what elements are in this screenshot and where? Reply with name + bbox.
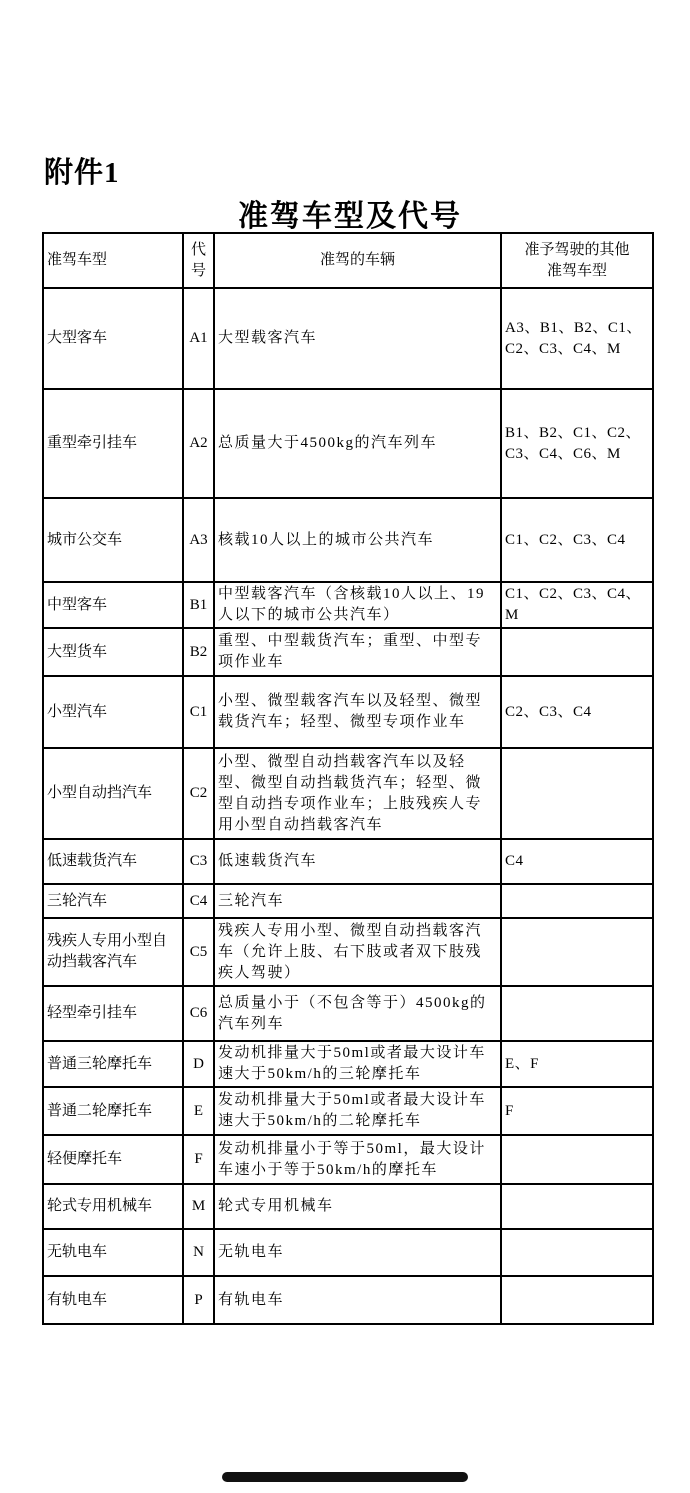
- cell-vehicle-type: 轻便摩托车: [43, 1135, 183, 1184]
- cell-vehicles: 重型、中型载货汽车；重型、中型专项作业车: [214, 628, 501, 676]
- attachment-label: 附件1: [44, 150, 120, 191]
- cell-code: B2: [183, 628, 214, 676]
- cell-vehicle-type: 残疾人专用小型自动挡载客汽车: [43, 918, 183, 986]
- cell-vehicle-type: 小型汽车: [43, 676, 183, 748]
- cell-other-types: [501, 918, 653, 986]
- cell-other-types: [501, 1184, 653, 1229]
- cell-other-types: [501, 1135, 653, 1184]
- cell-other-types: A3、B1、B2、C1、C2、C3、C4、M: [501, 288, 653, 389]
- table-row: 大型客车A1大型载客汽车A3、B1、B2、C1、C2、C3、C4、M: [43, 288, 653, 389]
- cell-vehicles: 无轨电车: [214, 1229, 501, 1276]
- vehicle-types-table: 准驾车型 代号 准驾的车辆 准予驾驶的其他准驾车型 大型客车A1大型载客汽车A3…: [42, 232, 654, 1325]
- cell-vehicles: 低速载货汽车: [214, 839, 501, 884]
- cell-vehicle-type: 普通三轮摩托车: [43, 1041, 183, 1087]
- cell-vehicle-type: 普通二轮摩托车: [43, 1087, 183, 1135]
- cell-other-types: F: [501, 1087, 653, 1135]
- table-row: 城市公交车A3核载10人以上的城市公共汽车C1、C2、C3、C4: [43, 498, 653, 582]
- table-row: 残疾人专用小型自动挡载客汽车C5残疾人专用小型、微型自动挡载客汽车（允许上肢、右…: [43, 918, 653, 986]
- cell-vehicles: 残疾人专用小型、微型自动挡载客汽车（允许上肢、右下肢或者双下肢残疾人驾驶）: [214, 918, 501, 986]
- cell-vehicles: 总质量大于4500kg的汽车列车: [214, 389, 501, 498]
- cell-code: A3: [183, 498, 214, 582]
- cell-other-types: [501, 986, 653, 1041]
- cell-code: C4: [183, 884, 214, 918]
- header-vehicles: 准驾的车辆: [214, 233, 501, 288]
- cell-code: P: [183, 1276, 214, 1324]
- cell-vehicle-type: 有轨电车: [43, 1276, 183, 1324]
- home-indicator[interactable]: [222, 1472, 468, 1482]
- table-row: 普通三轮摩托车D发动机排量大于50ml或者最大设计车速大于50km/h的三轮摩托…: [43, 1041, 653, 1087]
- cell-code: C2: [183, 748, 214, 839]
- cell-vehicle-type: 低速载货汽车: [43, 839, 183, 884]
- table-row: 低速载货汽车C3低速载货汽车C4: [43, 839, 653, 884]
- cell-vehicles: 总质量小于（不包含等于）4500kg的汽车列车: [214, 986, 501, 1041]
- cell-vehicles: 大型载客汽车: [214, 288, 501, 389]
- cell-vehicle-type: 三轮汽车: [43, 884, 183, 918]
- header-code: 代号: [183, 233, 214, 288]
- cell-code: M: [183, 1184, 214, 1229]
- cell-code: N: [183, 1229, 214, 1276]
- cell-vehicles: 发动机排量小于等于50ml，最大设计车速小于等于50km/h的摩托车: [214, 1135, 501, 1184]
- cell-code: E: [183, 1087, 214, 1135]
- table-row: 大型货车B2重型、中型载货汽车；重型、中型专项作业车: [43, 628, 653, 676]
- cell-other-types: [501, 628, 653, 676]
- cell-other-types: C1、C2、C3、C4: [501, 498, 653, 582]
- cell-code: B1: [183, 582, 214, 628]
- cell-other-types: [501, 1229, 653, 1276]
- table-row: 重型牵引挂车A2总质量大于4500kg的汽车列车B1、B2、C1、C2、C3、C…: [43, 389, 653, 498]
- cell-other-types: C4: [501, 839, 653, 884]
- cell-code: D: [183, 1041, 214, 1087]
- cell-vehicles: 发动机排量大于50ml或者最大设计车速大于50km/h的二轮摩托车: [214, 1087, 501, 1135]
- cell-vehicle-type: 重型牵引挂车: [43, 389, 183, 498]
- cell-other-types: [501, 748, 653, 839]
- cell-other-types: C2、C3、C4: [501, 676, 653, 748]
- cell-vehicles: 中型载客汽车（含核载10人以上、19人以下的城市公共汽车）: [214, 582, 501, 628]
- cell-code: A2: [183, 389, 214, 498]
- cell-code: A1: [183, 288, 214, 389]
- cell-other-types: C1、C2、C3、C4、M: [501, 582, 653, 628]
- cell-code: C3: [183, 839, 214, 884]
- cell-code: C6: [183, 986, 214, 1041]
- cell-vehicles: 小型、微型自动挡载客汽车以及轻型、微型自动挡载货汽车；轻型、微型自动挡专项作业车…: [214, 748, 501, 839]
- table-header-row: 准驾车型 代号 准驾的车辆 准予驾驶的其他准驾车型: [43, 233, 653, 288]
- cell-vehicles: 小型、微型载客汽车以及轻型、微型载货汽车；轻型、微型专项作业车: [214, 676, 501, 748]
- cell-vehicles: 三轮汽车: [214, 884, 501, 918]
- cell-vehicles: 轮式专用机械车: [214, 1184, 501, 1229]
- cell-vehicles: 有轨电车: [214, 1276, 501, 1324]
- table-row: 轮式专用机械车M轮式专用机械车: [43, 1184, 653, 1229]
- cell-other-types: E、F: [501, 1041, 653, 1087]
- cell-vehicles: 核载10人以上的城市公共汽车: [214, 498, 501, 582]
- cell-other-types: [501, 884, 653, 918]
- cell-vehicle-type: 轮式专用机械车: [43, 1184, 183, 1229]
- table-row: 中型客车B1中型载客汽车（含核载10人以上、19人以下的城市公共汽车）C1、C2…: [43, 582, 653, 628]
- cell-code: F: [183, 1135, 214, 1184]
- cell-vehicle-type: 城市公交车: [43, 498, 183, 582]
- table-row: 小型汽车C1小型、微型载客汽车以及轻型、微型载货汽车；轻型、微型专项作业车C2、…: [43, 676, 653, 748]
- cell-other-types: [501, 1276, 653, 1324]
- header-vehicle-type: 准驾车型: [43, 233, 183, 288]
- document-screenshot: 附件1 准驾车型及代号 准驾车型 代号 准驾的车辆 准予驾驶的其他准驾车型 大型…: [0, 0, 690, 1493]
- cell-vehicle-type: 中型客车: [43, 582, 183, 628]
- cell-code: C1: [183, 676, 214, 748]
- table-row: 有轨电车P有轨电车: [43, 1276, 653, 1324]
- cell-vehicle-type: 小型自动挡汽车: [43, 748, 183, 839]
- cell-vehicle-type: 大型客车: [43, 288, 183, 389]
- cell-code: C5: [183, 918, 214, 986]
- header-other-types: 准予驾驶的其他准驾车型: [501, 233, 653, 288]
- page-title: 准驾车型及代号: [0, 191, 690, 235]
- cell-vehicle-type: 无轨电车: [43, 1229, 183, 1276]
- cell-vehicle-type: 轻型牵引挂车: [43, 986, 183, 1041]
- cell-vehicle-type: 大型货车: [43, 628, 183, 676]
- table-row: 轻便摩托车F发动机排量小于等于50ml，最大设计车速小于等于50km/h的摩托车: [43, 1135, 653, 1184]
- table-row: 无轨电车N无轨电车: [43, 1229, 653, 1276]
- cell-other-types: B1、B2、C1、C2、C3、C4、C6、M: [501, 389, 653, 498]
- table-row: 普通二轮摩托车E发动机排量大于50ml或者最大设计车速大于50km/h的二轮摩托…: [43, 1087, 653, 1135]
- table-row: 小型自动挡汽车C2小型、微型自动挡载客汽车以及轻型、微型自动挡载货汽车；轻型、微…: [43, 748, 653, 839]
- cell-vehicles: 发动机排量大于50ml或者最大设计车速大于50km/h的三轮摩托车: [214, 1041, 501, 1087]
- table-row: 轻型牵引挂车C6总质量小于（不包含等于）4500kg的汽车列车: [43, 986, 653, 1041]
- table-row: 三轮汽车C4三轮汽车: [43, 884, 653, 918]
